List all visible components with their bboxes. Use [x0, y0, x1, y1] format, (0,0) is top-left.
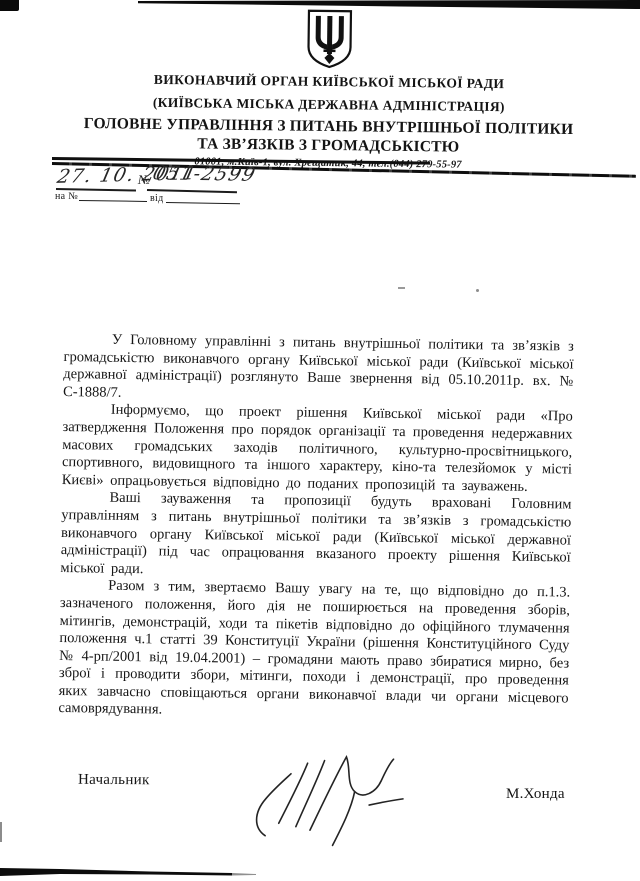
in-reply-date-blank — [166, 202, 240, 204]
in-reply-date-label: від — [150, 193, 164, 204]
scan-speck — [476, 289, 479, 292]
number-sign: № — [138, 172, 150, 188]
scan-speck — [398, 287, 405, 289]
paragraph-1: У Головному управлінні з питань внутрішн… — [63, 331, 574, 409]
in-reply-to-label: на № — [55, 191, 78, 202]
scan-bottom-edge-mark — [0, 862, 260, 881]
paragraph-3: Ваші зауваження та пропозиції будуть вра… — [60, 489, 571, 585]
handwritten-outgoing-number: 051-2599 — [150, 162, 258, 186]
paragraph-4: Разом з тим, звертаємо Вашу увагу на те,… — [58, 577, 570, 725]
paragraph-2: Інформуємо, що проект рішення Київської … — [62, 401, 573, 497]
scan-left-edge-mark — [0, 822, 2, 842]
signer-position-title: Начальник — [78, 772, 150, 789]
org-name-line1: ВИКОНАВЧИЙ ОРГАН КИЇВСЬКОЇ МІСЬКОЇ РАДИ — [29, 70, 629, 93]
letter-body: У Головному управлінні з питань внутрішн… — [58, 331, 574, 726]
in-reply-number-blank — [79, 200, 147, 202]
department-name: ГОЛОВНЕ УПРАВЛІННЯ З ПИТАНЬ ВНУТРІШНЬОЇ … — [76, 115, 581, 158]
scan-corner-mark — [0, 0, 19, 11]
handwritten-signature-icon — [248, 750, 436, 853]
letterhead: ВИКОНАВЧИЙ ОРГАН КИЇВСЬКОЇ МІСЬКОЇ РАДИ … — [28, 5, 630, 172]
org-name-line2: (КИЇВСЬКА МІСЬКА ДЕРЖАВНА АДМІНІСТРАЦІЯ) — [29, 93, 629, 116]
scanned-letter-page: ВИКОНАВЧИЙ ОРГАН КИЇВСЬКОЇ МІСЬКОЇ РАДИ … — [0, 0, 640, 881]
signer-name: М.Хонда — [506, 786, 565, 803]
trident-emblem-icon — [303, 9, 356, 70]
